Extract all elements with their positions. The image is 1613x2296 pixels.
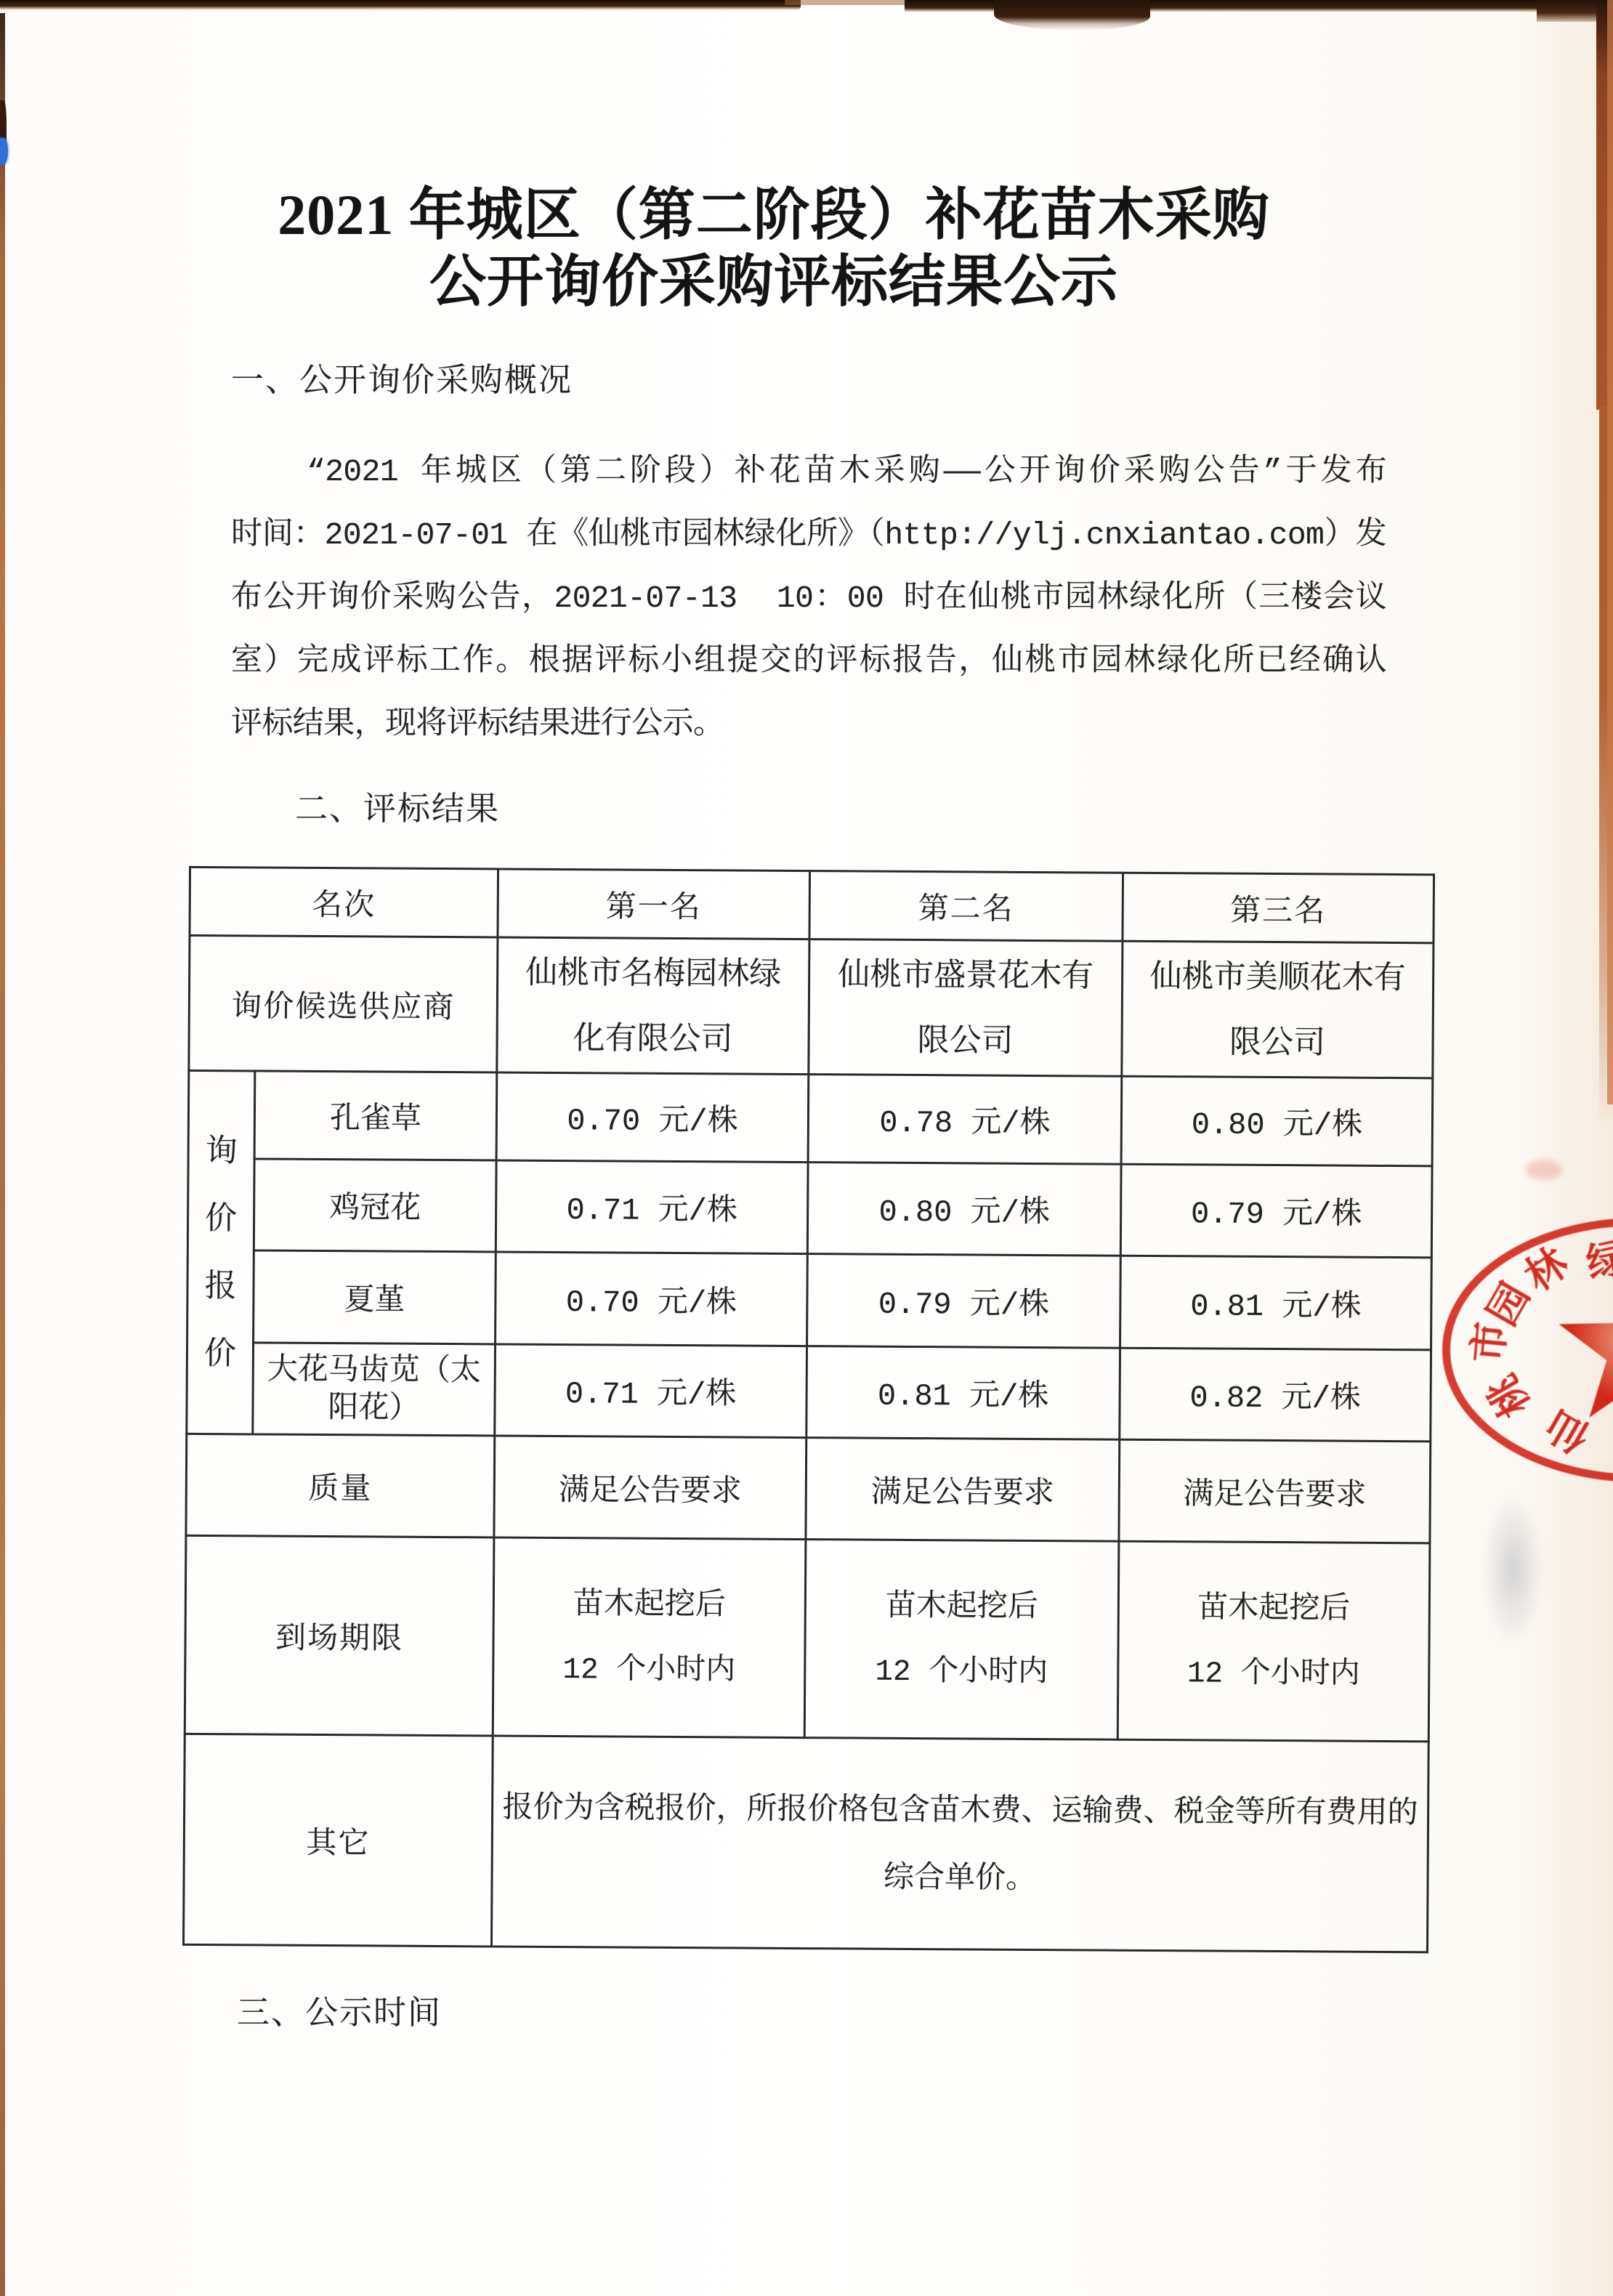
item-name: 大花马齿苋（太阳花） (264, 1351, 484, 1428)
table-row-price-item: 鸡冠花 0.71 元/株 0.80 元/株 0.79 元/株 (187, 1158, 1432, 1257)
table-row-arrival: 到场期限 苗木起挖后 12 个小时内 苗木起挖后 12 个小时内 苗木起挖后 1… (185, 1535, 1430, 1741)
quality-cell: 满足公告要求 (494, 1436, 806, 1540)
seal-ring (1442, 1218, 1613, 1482)
paragraph-line: “2021 年城区（第二阶段）补花苗木采购——公开询价采购公告”于发布 (231, 440, 1386, 504)
table-row-price-item: 大花马齿苋（太阳花） 0.71 元/株 0.81 元/株 0.82 元/株 (187, 1342, 1431, 1442)
price-cell: 0.79 元/株 (807, 1253, 1121, 1348)
header-cell-rank: 名次 (190, 867, 498, 937)
seal-char: 仙 (1535, 1398, 1598, 1468)
scan-smudge-gray (1482, 1493, 1544, 1646)
document-title-line2: 公开询价采购评标结果公示 (0, 248, 1548, 315)
seal-char: 绿 (1580, 1225, 1613, 1290)
arrival-cell: 苗木起挖后 12 个小时内 (493, 1537, 806, 1738)
price-group-label: 询 价 报 价 (187, 1072, 254, 1434)
supplier-cell: 仙桃市名梅园林绿化有限公司 (497, 937, 809, 1075)
arrival-row-label: 到场期限 (185, 1535, 494, 1736)
item-name-cell: 鸡冠花 (254, 1159, 496, 1252)
table-row-other: 其它 报价为含税报价，所报价格包含苗木费、运输费、税金等所有费用的综合单价。 (183, 1734, 1428, 1952)
price-cell: 0.80 元/株 (807, 1162, 1121, 1256)
seal-char: 林 (1511, 1232, 1578, 1303)
table-row-quality: 质量 满足公告要求 满足公告要求 满足公告要求 (186, 1434, 1431, 1543)
arrival-line1: 苗木起挖后 (495, 1569, 805, 1638)
quality-row-label: 质量 (186, 1434, 495, 1537)
supplier-name: 仙桃市名梅园林绿化有限公司 (523, 939, 783, 1072)
item-name-cell: 夏堇 (254, 1250, 496, 1344)
item-name-cell: 孔雀草 (254, 1071, 497, 1160)
price-group-label-cell: 询 价 报 价 (187, 1070, 255, 1434)
paragraph-line: 室）完成评标工作。根据评标小组提交的评标报告，仙桃市园林绿化所已经确认 (231, 630, 1386, 693)
scan-artifact-top-band-left (0, 0, 801, 10)
arrival-line2: 12 个小时内 (1119, 1641, 1428, 1710)
price-cell: 0.71 元/株 (495, 1344, 807, 1438)
price-group-char: 报 (204, 1259, 236, 1306)
arrival-cell: 苗木起挖后 12 个小时内 (804, 1540, 1119, 1740)
paragraph-line: 布公开询价采购公告，2021-07-13 10：00 时在仙桃市园林绿化所（三楼… (231, 567, 1386, 630)
scan-artifact-right-edge-outer (1607, 0, 1613, 1104)
price-cell: 0.70 元/株 (496, 1252, 808, 1346)
price-cell: 0.81 元/株 (806, 1346, 1120, 1440)
price-cell: 0.80 元/株 (1121, 1076, 1433, 1166)
table-row-price-item: 夏堇 0.70 元/株 0.79 元/株 0.81 元/株 (187, 1250, 1432, 1350)
scan-artifact-top-corner-curve (994, 0, 1150, 31)
document-title-line1: 2021 年城区（第二阶段）补花苗木采购 (0, 182, 1548, 248)
price-group-char: 询 (206, 1124, 238, 1171)
price-cell: 0.78 元/株 (808, 1075, 1122, 1165)
seal-char: 园 (1471, 1271, 1541, 1335)
section2-heading: 二、评标结果 (295, 789, 500, 828)
arrival-line1: 苗木起挖后 (1120, 1574, 1429, 1643)
table-row-price-item: 询 价 报 价 孔雀草 0.70 元/株 0.78 元/株 0.80 元/株 (188, 1070, 1433, 1165)
header-cell-third: 第三名 (1123, 873, 1434, 943)
quality-cell: 满足公告要求 (806, 1438, 1120, 1542)
price-cell: 0.71 元/株 (496, 1160, 808, 1254)
arrival-line2: 12 个小时内 (806, 1638, 1117, 1707)
price-group-char: 价 (204, 1327, 236, 1373)
item-name-cell: 大花马齿苋（太阳花） (253, 1343, 496, 1436)
supplier-name: 仙桃市盛景花木有限公司 (836, 942, 1095, 1074)
section1-heading: 一、公开询价采购概况 (231, 360, 573, 400)
supplier-name: 仙桃市美顺花木有限公司 (1148, 943, 1407, 1075)
supplier-cell: 仙桃市美顺花木有限公司 (1122, 941, 1434, 1078)
scan-smudge-pink (1526, 1160, 1562, 1180)
price-group-char: 价 (205, 1192, 237, 1238)
table-row-header: 名次 第一名 第二名 第三名 (190, 867, 1434, 942)
section3-heading: 三、公示时间 (237, 1993, 442, 2032)
seal-star-icon (1544, 1263, 1613, 1437)
scan-artifact-blue-fleck (0, 138, 8, 164)
price-cell: 0.79 元/株 (1120, 1164, 1432, 1258)
document-title: 2021 年城区（第二阶段）补花苗木采购 公开询价采购评标结果公示 (0, 182, 1548, 315)
table-row-suppliers: 询价候选供应商 仙桃市名梅园林绿化有限公司 仙桃市盛景花木有限公司 仙桃市美顺花… (189, 935, 1434, 1078)
paragraph-line: 评标结果，现将评标结果进行公示。 (231, 693, 1386, 756)
arrival-line1: 苗木起挖后 (806, 1572, 1118, 1641)
header-cell-first: 第一名 (498, 869, 810, 939)
quality-cell: 满足公告要求 (1119, 1439, 1431, 1543)
price-cell: 0.81 元/株 (1120, 1256, 1432, 1350)
overview-paragraph: “2021 年城区（第二阶段）补花苗木采购——公开询价采购公告”于发布 时间：2… (231, 440, 1386, 756)
supplier-cell: 仙桃市盛景花木有限公司 (809, 939, 1123, 1077)
paragraph-line: 时间：2021-07-01 在《仙桃市园林绿化所》（http://ylj.cnx… (231, 504, 1386, 567)
scan-artifact-top-band-middle (785, 0, 912, 5)
price-cell: 0.70 元/株 (496, 1072, 809, 1163)
other-row-label: 其它 (183, 1734, 493, 1947)
scanned-document-page: 2021 年城区（第二阶段）补花苗木采购 公开询价采购评标结果公示 一、公开询价… (0, 0, 1613, 2296)
scan-artifact-left-edge (0, 13, 5, 2296)
price-cell: 0.82 元/株 (1120, 1348, 1431, 1442)
header-cell-second: 第二名 (809, 871, 1123, 942)
other-value-cell: 报价为含税报价，所报价格包含苗木费、运输费、税金等所有费用的综合单价。 (491, 1736, 1428, 1952)
evaluation-results-table: 名次 第一名 第二名 第三名 询价候选供应商 仙桃市名梅园林绿化有限公司 仙桃市… (182, 866, 1435, 1953)
supplier-row-label: 询价候选供应商 (189, 935, 498, 1072)
seal-char: 桃 (1471, 1365, 1541, 1429)
seal-char: 市 (1456, 1319, 1518, 1365)
arrival-line2: 12 个小时内 (494, 1636, 804, 1705)
arrival-cell: 苗木起挖后 12 个小时内 (1117, 1541, 1430, 1742)
